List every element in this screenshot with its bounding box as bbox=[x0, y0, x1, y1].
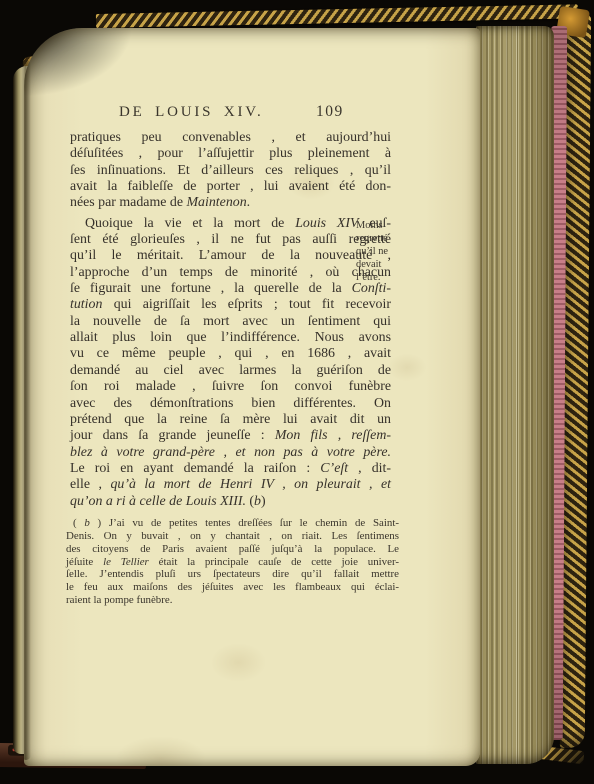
margin-note-line: l’être. bbox=[356, 271, 414, 284]
page-text-layer: DE LOUIS XIV. 109 pratiques peu convenab… bbox=[0, 0, 594, 784]
body-text-line: avait la faibleſſe de porter , lui avaie… bbox=[70, 179, 391, 195]
body-text-line: blez à votre grand-père , et non pas à v… bbox=[70, 445, 391, 461]
margin-note-line: devait bbox=[356, 258, 414, 271]
body-text-line: ſes inſinuations. Et d’ailleurs ces reli… bbox=[70, 163, 391, 179]
running-title: DE LOUIS XIV. bbox=[119, 104, 264, 121]
body-text-line: qu’on a ri à celle de Louis XIII. (b) bbox=[70, 494, 391, 510]
footnote-line: le feu aux maiſons des jéſuites avec les… bbox=[66, 581, 399, 594]
body-text-line: l’approche d’un temps de minorité , où c… bbox=[70, 265, 391, 281]
footnote-line: ſelle. J’entendis pluſi urs ſpectateurs … bbox=[66, 568, 399, 581]
body-text-line: pratiques peu convenables , et aujourd’h… bbox=[70, 130, 391, 146]
body-text-line: nées par madame de Maintenon. bbox=[70, 195, 391, 211]
footnote-line: des citoyens de Paris avaient paſſé juſq… bbox=[66, 543, 399, 556]
body-text-line: la nouvelle de ſa mort avec un ſentiment… bbox=[70, 314, 391, 330]
body-text: pratiques peu convenables , et aujourd’h… bbox=[70, 130, 391, 510]
body-text-line: tution qui aigriſſait les eſprits ; tout… bbox=[70, 297, 391, 313]
body-text-line: jour dans ſa grande jeuneſſe : Mon fils … bbox=[70, 428, 391, 444]
body-text-line: elle , qu’à la mort de Henri IV , on ple… bbox=[70, 477, 391, 493]
body-text-line: ſon roi malade , ſuivre ſon convoi funèb… bbox=[70, 379, 391, 395]
footnote-line: Denis. On y buvait , on y chantait , on … bbox=[66, 530, 399, 543]
margin-note-line: Moins bbox=[356, 219, 414, 232]
margin-note-line: qu’il ne bbox=[356, 245, 414, 258]
body-text-line: avec des démonſtrations bien différentes… bbox=[70, 396, 391, 412]
body-text-line: déſuſitées , pour l’aſſujettir plus plei… bbox=[70, 146, 391, 162]
footnote-line: jéſuite le Tellier était la principale c… bbox=[66, 556, 399, 569]
footnote-line: ( b ) J’ai vu de petites tentes dreſſées… bbox=[66, 517, 399, 530]
footnote-line: raient la pompe funèbre. bbox=[66, 594, 399, 607]
margin-note: Moinsregrettéqu’il nedevaitl’être. bbox=[356, 219, 414, 284]
footnote: ( b ) J’ai vu de petites tentes dreſſées… bbox=[66, 517, 399, 607]
body-text-line: Quoique la vie et la mort de Louis XIV e… bbox=[70, 216, 391, 232]
body-text-line: prétend que la reine ſa mère lui avait d… bbox=[70, 412, 391, 428]
body-text-line: demandé au ciel avec larmes la guériſon … bbox=[70, 363, 391, 379]
page-number: 109 bbox=[316, 103, 344, 121]
body-text-line: ſe figurait une fortune , la querelle de… bbox=[70, 281, 391, 297]
body-text-line: qu’il le méritait. L’amour de la nouveau… bbox=[70, 248, 391, 264]
body-text-line: Le roi en ayant demandé la raiſon : C’eſ… bbox=[70, 461, 391, 477]
body-text-line: allait plus loin que l’indifférence. Nou… bbox=[70, 330, 391, 346]
body-text-line: vu ce même peuple , qui , en 1686 , avai… bbox=[70, 346, 391, 362]
margin-note-line: regretté bbox=[356, 232, 414, 245]
book-photo: DE LOUIS XIV. 109 pratiques peu convenab… bbox=[0, 0, 594, 784]
body-text-line: ſent été glorieuſes , il ne fut pas auſſ… bbox=[70, 232, 391, 248]
